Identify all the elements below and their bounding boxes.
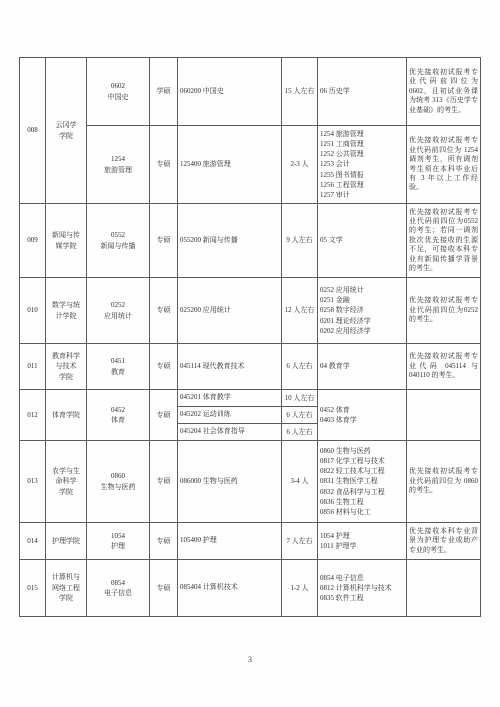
table-row: 013 农学与生 命科学 学院 0860 生物与医药 专硕 086000 生物与… [20,441,481,523]
table-row: 010 数学与统 计学院 0252 应用统计 专硕 025200 应用统计 12… [20,278,481,344]
table-row: 009 新闻与传 媒学院 0552 新闻与传播 专硕 055200 新闻与传播 … [20,204,481,278]
accepted-majors: 0452 体育 0403 体育学 [318,390,407,441]
college-name: 农学与生 命科学 学院 [46,441,87,523]
major-code: 1054 护理 [87,523,150,560]
remarks: 优先接收初试报考专业代码前四位为0552 的考生；若同一调剂批次优先接收的生源不… [407,204,481,278]
college-name: 数学与统 计学院 [46,278,87,344]
degree-type: 专硕 [150,441,178,523]
major-code: 0452 体育 [87,390,150,441]
program-name: 086000 生物与医药 [178,441,282,523]
accepted-majors: 1254 旅游管理 1251 工商管理 1252 公共管理 1253 会计 12… [318,126,407,204]
college-name: 计算机与 网络工程 学院 [46,560,87,617]
remarks: 优先接收初试报考专业代码前四位为 1254 调剂考生，所有调剂考生须在本科毕业后… [407,126,481,204]
admission-quota: 2-3 人 [282,126,318,204]
table-row: 014 护理学院 1054 护理 专硕 105400 护理 7 人左右 1054… [20,523,481,560]
admission-quota: 15 人左右 [282,58,318,126]
row-code: 011 [20,344,46,390]
remarks: 优先接收初试报考专业代码前四位为 0860 的考生。 [407,441,481,523]
program-name: 105400 护理 [178,523,282,560]
row-code: 008 [20,58,46,204]
table-row: 011 教育科学 与技术 学院 0451 教育 专硕 045114 现代教育技术… [20,344,481,390]
college-name: 体育学院 [46,390,87,441]
program-name: 045204 社会体育指导 [178,424,282,441]
program-name: 125400 旅游管理 [178,126,282,204]
document-page: 008 云冈学 学院 0602 中国史 学硕 060200 中国史 15 人左右… [0,0,500,707]
major-code: 0602 中国史 [87,58,150,126]
row-code: 013 [20,441,46,523]
degree-type: 专硕 [150,344,178,390]
degree-type: 学硕 [150,58,178,126]
admission-quota: 12 人左右 [282,278,318,344]
college-name: 新闻与传 媒学院 [46,204,87,278]
degree-type: 专硕 [150,126,178,204]
program-name: 055200 新闻与传播 [178,204,282,278]
program-name: 025200 应用统计 [178,278,282,344]
row-code: 014 [20,523,46,560]
degree-type: 专硕 [150,560,178,617]
major-code: 0860 生物与医药 [87,441,150,523]
degree-type: 专硕 [150,390,178,441]
major-code: 0552 新闻与传播 [87,204,150,278]
accepted-majors: 06 历史学 [318,58,407,126]
major-code: 0854 电子信息 [87,560,150,617]
table-row: 015 计算机与 网络工程 学院 0854 电子信息 专硕 085404 计算机… [20,560,481,617]
admission-quota: 1-2 人 [282,560,318,617]
table-row: 008 云冈学 学院 0602 中国史 学硕 060200 中国史 15 人左右… [20,58,481,126]
admission-quota: 6 人左右 [282,344,318,390]
remarks [407,390,481,441]
admission-quota: 3-4 人 [282,441,318,523]
degree-type: 专硕 [150,278,178,344]
accepted-majors: 0860 生物与医药 0817 化学工程与技术 0822 轻工技术与工程 083… [318,441,407,523]
admission-quota: 10 人左右 [282,390,318,407]
accepted-majors: 04 教育学 [318,344,407,390]
college-name: 护理学院 [46,523,87,560]
accepted-majors: 05 文学 [318,204,407,278]
accepted-majors: 0854 电子信息 0812 计算机科学与技术 0835 软件工程 [318,560,407,617]
admission-quota: 9 人左右 [282,204,318,278]
program-name: 045201 体育教学 [178,390,282,407]
admission-quota: 6 人左右 [282,407,318,424]
row-code: 015 [20,560,46,617]
program-name: 045114 现代教育技术 [178,344,282,390]
admission-quota: 7 人左右 [282,523,318,560]
admission-quota: 6 人左右 [282,424,318,441]
accepted-majors: 0252 应用统计 0251 金融 0258 数字经济 0201 理论经济学 0… [318,278,407,344]
table-row: 012 体育学院 0452 体育 专硕 045201 体育教学 10 人左右 0… [20,390,481,407]
major-code: 0451 教育 [87,344,150,390]
row-code: 012 [20,390,46,441]
program-name: 045202 运动训练 [178,407,282,424]
remarks: 优先接收初试报考专业代码前四位为0252 的考生。 [407,278,481,344]
row-code: 009 [20,204,46,278]
adjustment-admission-table: 008 云冈学 学院 0602 中国史 学硕 060200 中国史 15 人左右… [19,57,481,617]
program-name: 060200 中国史 [178,58,282,126]
remarks [407,560,481,617]
degree-type: 专硕 [150,523,178,560]
remarks: 优先接收本科专业背景为护理专业或助产专业的考生。 [407,523,481,560]
degree-type: 专硕 [150,204,178,278]
major-code: 0252 应用统计 [87,278,150,344]
page-number: 3 [0,655,500,664]
college-name: 云冈学 学院 [46,58,87,204]
row-code: 010 [20,278,46,344]
table-row: 1254 旅游管理 专硕 125400 旅游管理 2-3 人 1254 旅游管理… [20,126,481,204]
college-name: 教育科学 与技术 学院 [46,344,87,390]
major-code: 1254 旅游管理 [87,126,150,204]
remarks: 优先接收初试报考专业代码 045114 与 040110 的考生。 [407,344,481,390]
remarks: 优先接收初试报考专业代码前四位为0602，且初试业务课为统考 313《历史学专业… [407,58,481,126]
accepted-majors: 1054 护理 1011 护理学 [318,523,407,560]
program-name: 085404 计算机技术 [178,560,282,617]
